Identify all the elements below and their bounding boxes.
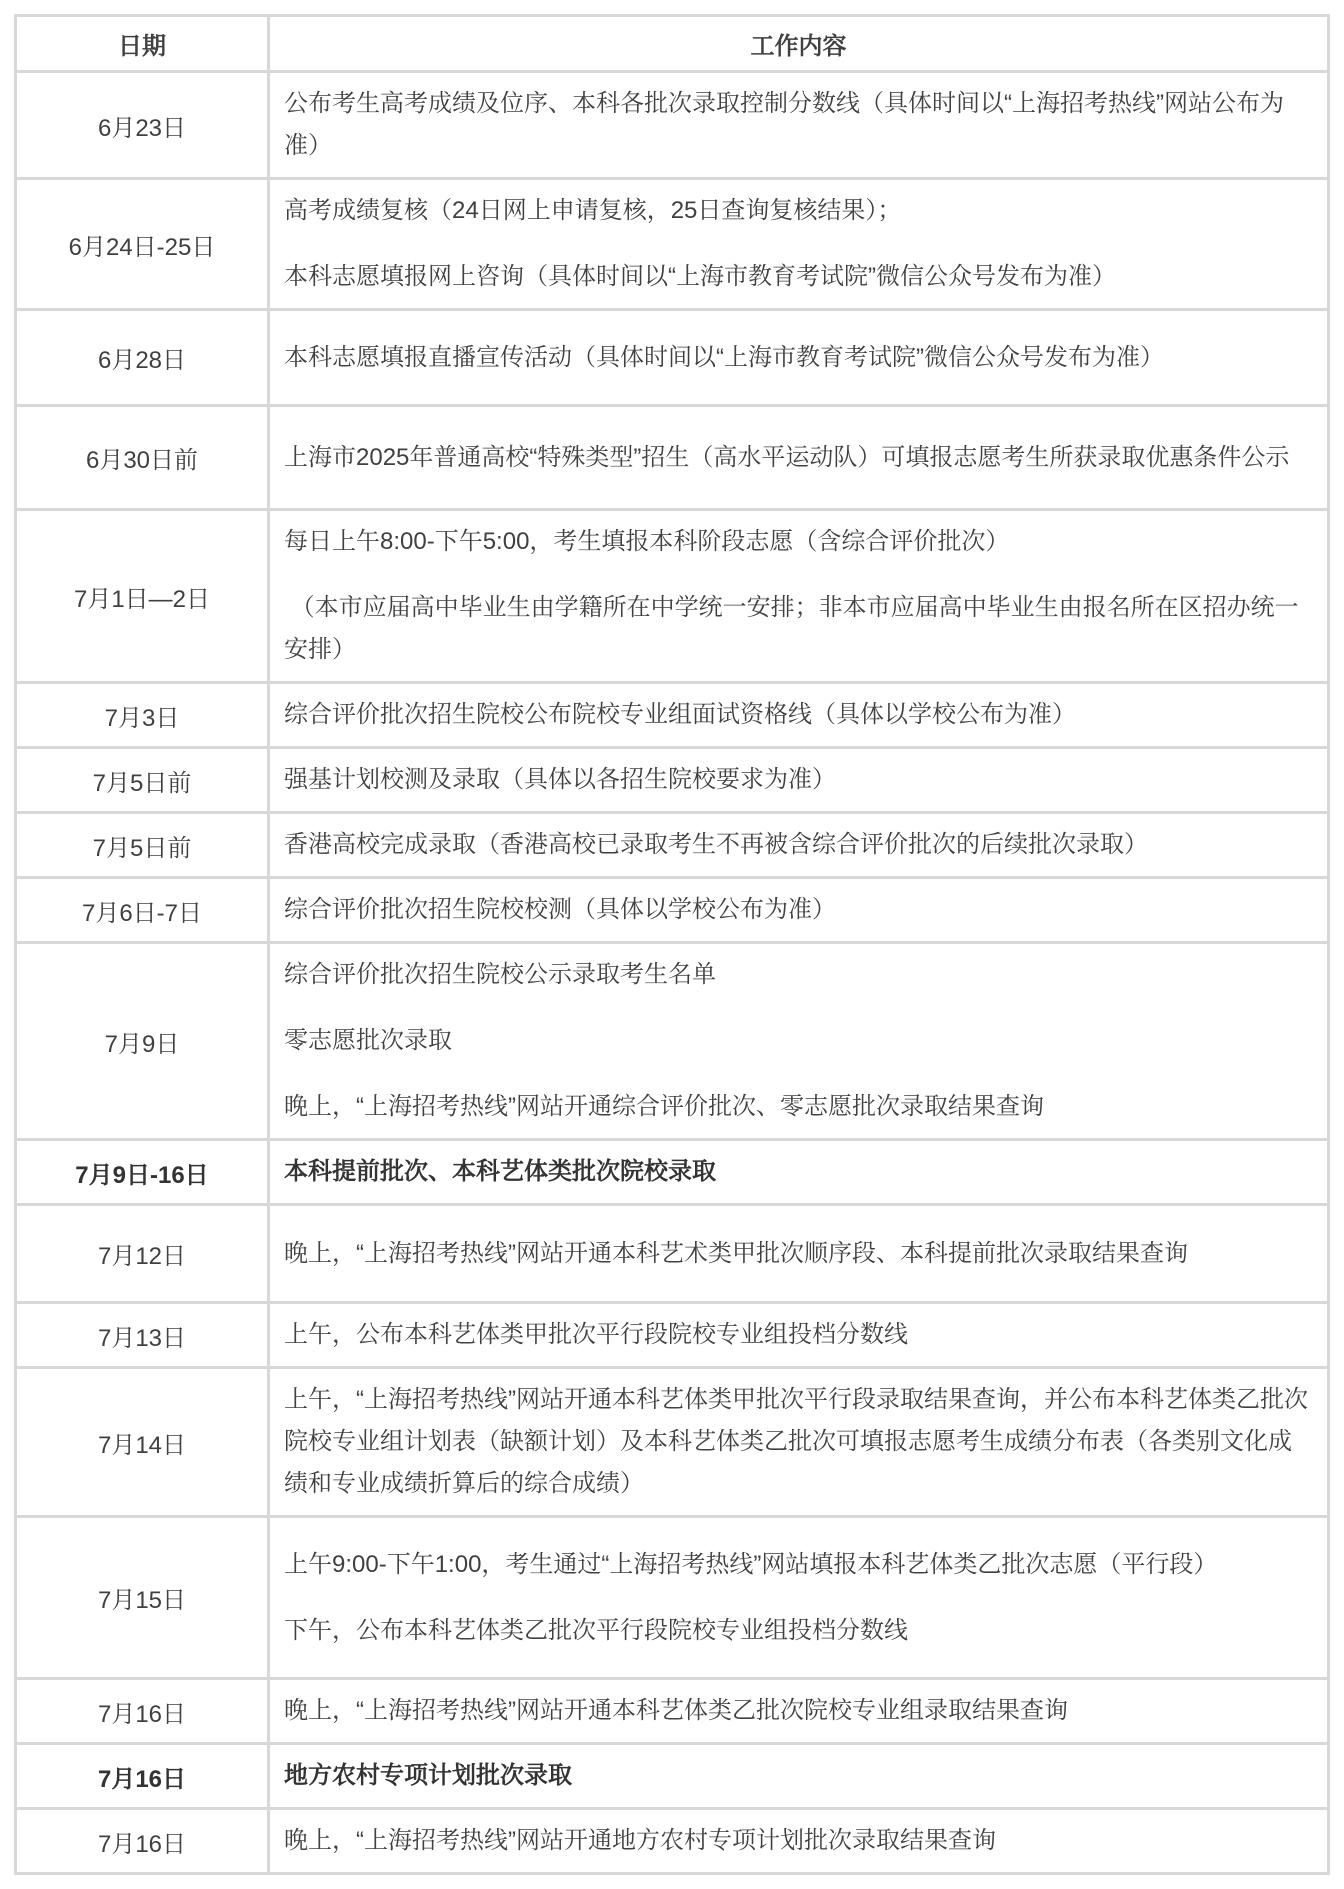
content-paragraph: 本科志愿填报直播宣传活动（具体时间以“上海市教育考试院”微信公众号发布为准） <box>284 337 1313 379</box>
column-header-content: 工作内容 <box>269 16 1329 72</box>
content-cell: 本科提前批次、本科艺体类批次院校录取 <box>269 1140 1329 1205</box>
content-cell: 综合评价批次招生院校公布院校专业组面试资格线（具体以学校公布为准） <box>269 683 1329 748</box>
table-row: 6月28日 本科志愿填报直播宣传活动（具体时间以“上海市教育考试院”微信公众号发… <box>16 310 1329 406</box>
content-paragraph: 本科提前批次、本科艺体类批次院校录取 <box>284 1151 1313 1193</box>
date-cell: 7月16日 <box>16 1744 269 1809</box>
content-cell: 本科志愿填报直播宣传活动（具体时间以“上海市教育考试院”微信公众号发布为准） <box>269 310 1329 406</box>
page: 日期 工作内容 6月23日 公布考生高考成绩及位序、本科各批次录取控制分数线（具… <box>0 0 1344 1889</box>
table-row: 7月16日 晚上，“上海招考热线”网站开通本科艺体类乙批次院校专业组录取结果查询 <box>16 1679 1329 1744</box>
content-paragraph: 晚上，“上海招考热线”网站开通综合评价批次、零志愿批次录取结果查询 <box>284 1086 1313 1128</box>
content-cell: 综合评价批次招生院校校测（具体以学校公布为准） <box>269 878 1329 943</box>
table-row: 6月30日前 上海市2025年普通高校“特殊类型”招生（高水平运动队）可填报志愿… <box>16 406 1329 510</box>
content-paragraph: 本科志愿填报网上咨询（具体时间以“上海市教育考试院”微信公众号发布为准） <box>284 256 1313 298</box>
date-cell: 6月24日-25日 <box>16 179 269 310</box>
table-row: 6月23日 公布考生高考成绩及位序、本科各批次录取控制分数线（具体时间以“上海招… <box>16 72 1329 179</box>
content-paragraph: 下午，公布本科艺体类乙批次平行段院校专业组投档分数线 <box>284 1610 1313 1652</box>
content-paragraph: 综合评价批次招生院校公示录取考生名单 <box>284 954 1313 996</box>
content-paragraph: （本市应届高中毕业生由学籍所在中学统一安排；非本市应届高中毕业生由报名所在区招办… <box>284 587 1313 671</box>
date-cell: 7月9日-16日 <box>16 1140 269 1205</box>
content-cell: 高考成绩复核（24日网上申请复核，25日查询复核结果）； 本科志愿填报网上咨询（… <box>269 179 1329 310</box>
table-row: 7月13日 上午，公布本科艺体类甲批次平行段院校专业组投档分数线 <box>16 1303 1329 1368</box>
column-header-date: 日期 <box>16 16 269 72</box>
table-row: 7月3日 综合评价批次招生院校公布院校专业组面试资格线（具体以学校公布为准） <box>16 683 1329 748</box>
table-row: 7月6日-7日 综合评价批次招生院校校测（具体以学校公布为准） <box>16 878 1329 943</box>
content-paragraph: 晚上，“上海招考热线”网站开通本科艺体类乙批次院校专业组录取结果查询 <box>284 1690 1313 1732</box>
content-paragraph: 综合评价批次招生院校公布院校专业组面试资格线（具体以学校公布为准） <box>284 694 1313 736</box>
content-paragraph: 强基计划校测及录取（具体以各招生院校要求为准） <box>284 759 1313 801</box>
content-cell: 综合评价批次招生院校公示录取考生名单 零志愿批次录取 晚上，“上海招考热线”网站… <box>269 943 1329 1140</box>
content-paragraph: 地方农村专项计划批次录取 <box>284 1755 1313 1797</box>
content-cell: 强基计划校测及录取（具体以各招生院校要求为准） <box>269 748 1329 813</box>
content-paragraph: 晚上，“上海招考热线”网站开通本科艺术类甲批次顺序段、本科提前批次录取结果查询 <box>284 1233 1313 1275</box>
content-paragraph: 高考成绩复核（24日网上申请复核，25日查询复核结果）； <box>284 190 1313 232</box>
header-row: 日期 工作内容 <box>16 16 1329 72</box>
content-paragraph: 上午9:00-下午1:00，考生通过“上海招考热线”网站填报本科艺体类乙批次志愿… <box>284 1544 1313 1586</box>
date-cell: 7月9日 <box>16 943 269 1140</box>
date-cell: 7月14日 <box>16 1368 269 1517</box>
content-cell: 上午，“上海招考热线”网站开通本科艺体类甲批次平行段录取结果查询，并公布本科艺体… <box>269 1368 1329 1517</box>
content-paragraph: 晚上，“上海招考热线”网站开通地方农村专项计划批次录取结果查询 <box>284 1820 1313 1862</box>
schedule-table: 日期 工作内容 6月23日 公布考生高考成绩及位序、本科各批次录取控制分数线（具… <box>14 14 1330 1875</box>
table-row: 7月14日 上午，“上海招考热线”网站开通本科艺体类甲批次平行段录取结果查询，并… <box>16 1368 1329 1517</box>
date-cell: 7月15日 <box>16 1517 269 1679</box>
content-cell: 晚上，“上海招考热线”网站开通本科艺体类乙批次院校专业组录取结果查询 <box>269 1679 1329 1744</box>
content-paragraph: 每日上午8:00-下午5:00，考生填报本科阶段志愿（含综合评价批次） <box>284 521 1313 563</box>
date-cell: 6月28日 <box>16 310 269 406</box>
content-paragraph: 零志愿批次录取 <box>284 1020 1313 1062</box>
content-cell: 地方农村专项计划批次录取 <box>269 1744 1329 1809</box>
date-cell: 7月16日 <box>16 1679 269 1744</box>
table-row: 7月1日—2日 每日上午8:00-下午5:00，考生填报本科阶段志愿（含综合评价… <box>16 510 1329 683</box>
content-cell: 公布考生高考成绩及位序、本科各批次录取控制分数线（具体时间以“上海招考热线”网站… <box>269 72 1329 179</box>
table-row: 7月12日 晚上，“上海招考热线”网站开通本科艺术类甲批次顺序段、本科提前批次录… <box>16 1205 1329 1303</box>
table-row-highlight: 7月16日 地方农村专项计划批次录取 <box>16 1744 1329 1809</box>
date-cell: 6月23日 <box>16 72 269 179</box>
content-paragraph: 上海市2025年普通高校“特殊类型”招生（高水平运动队）可填报志愿考生所获录取优… <box>284 437 1313 479</box>
content-paragraph: 上午，“上海招考热线”网站开通本科艺体类甲批次平行段录取结果查询，并公布本科艺体… <box>284 1379 1313 1505</box>
content-cell: 香港高校完成录取（香港高校已录取考生不再被含综合评价批次的后续批次录取） <box>269 813 1329 878</box>
table-row: 7月5日前 强基计划校测及录取（具体以各招生院校要求为准） <box>16 748 1329 813</box>
table-row: 7月9日 综合评价批次招生院校公示录取考生名单 零志愿批次录取 晚上，“上海招考… <box>16 943 1329 1140</box>
content-cell: 上午，公布本科艺体类甲批次平行段院校专业组投档分数线 <box>269 1303 1329 1368</box>
content-cell: 每日上午8:00-下午5:00，考生填报本科阶段志愿（含综合评价批次） （本市应… <box>269 510 1329 683</box>
date-cell: 7月6日-7日 <box>16 878 269 943</box>
content-paragraph: 公布考生高考成绩及位序、本科各批次录取控制分数线（具体时间以“上海招考热线”网站… <box>284 83 1313 167</box>
content-cell: 晚上，“上海招考热线”网站开通地方农村专项计划批次录取结果查询 <box>269 1809 1329 1874</box>
content-cell: 上海市2025年普通高校“特殊类型”招生（高水平运动队）可填报志愿考生所获录取优… <box>269 406 1329 510</box>
table-row: 6月24日-25日 高考成绩复核（24日网上申请复核，25日查询复核结果）； 本… <box>16 179 1329 310</box>
table-row: 7月5日前 香港高校完成录取（香港高校已录取考生不再被含综合评价批次的后续批次录… <box>16 813 1329 878</box>
content-cell: 上午9:00-下午1:00，考生通过“上海招考热线”网站填报本科艺体类乙批次志愿… <box>269 1517 1329 1679</box>
content-cell: 晚上，“上海招考热线”网站开通本科艺术类甲批次顺序段、本科提前批次录取结果查询 <box>269 1205 1329 1303</box>
date-cell: 7月3日 <box>16 683 269 748</box>
date-cell: 7月13日 <box>16 1303 269 1368</box>
content-paragraph: 香港高校完成录取（香港高校已录取考生不再被含综合评价批次的后续批次录取） <box>284 824 1313 866</box>
date-cell: 7月1日—2日 <box>16 510 269 683</box>
table-row-highlight: 7月9日-16日 本科提前批次、本科艺体类批次院校录取 <box>16 1140 1329 1205</box>
date-cell: 7月5日前 <box>16 748 269 813</box>
date-cell: 7月5日前 <box>16 813 269 878</box>
date-cell: 6月30日前 <box>16 406 269 510</box>
content-paragraph: 上午，公布本科艺体类甲批次平行段院校专业组投档分数线 <box>284 1314 1313 1356</box>
table-row: 7月16日 晚上，“上海招考热线”网站开通地方农村专项计划批次录取结果查询 <box>16 1809 1329 1874</box>
content-paragraph: 综合评价批次招生院校校测（具体以学校公布为准） <box>284 889 1313 931</box>
date-cell: 7月12日 <box>16 1205 269 1303</box>
table-row: 7月15日 上午9:00-下午1:00，考生通过“上海招考热线”网站填报本科艺体… <box>16 1517 1329 1679</box>
date-cell: 7月16日 <box>16 1809 269 1874</box>
